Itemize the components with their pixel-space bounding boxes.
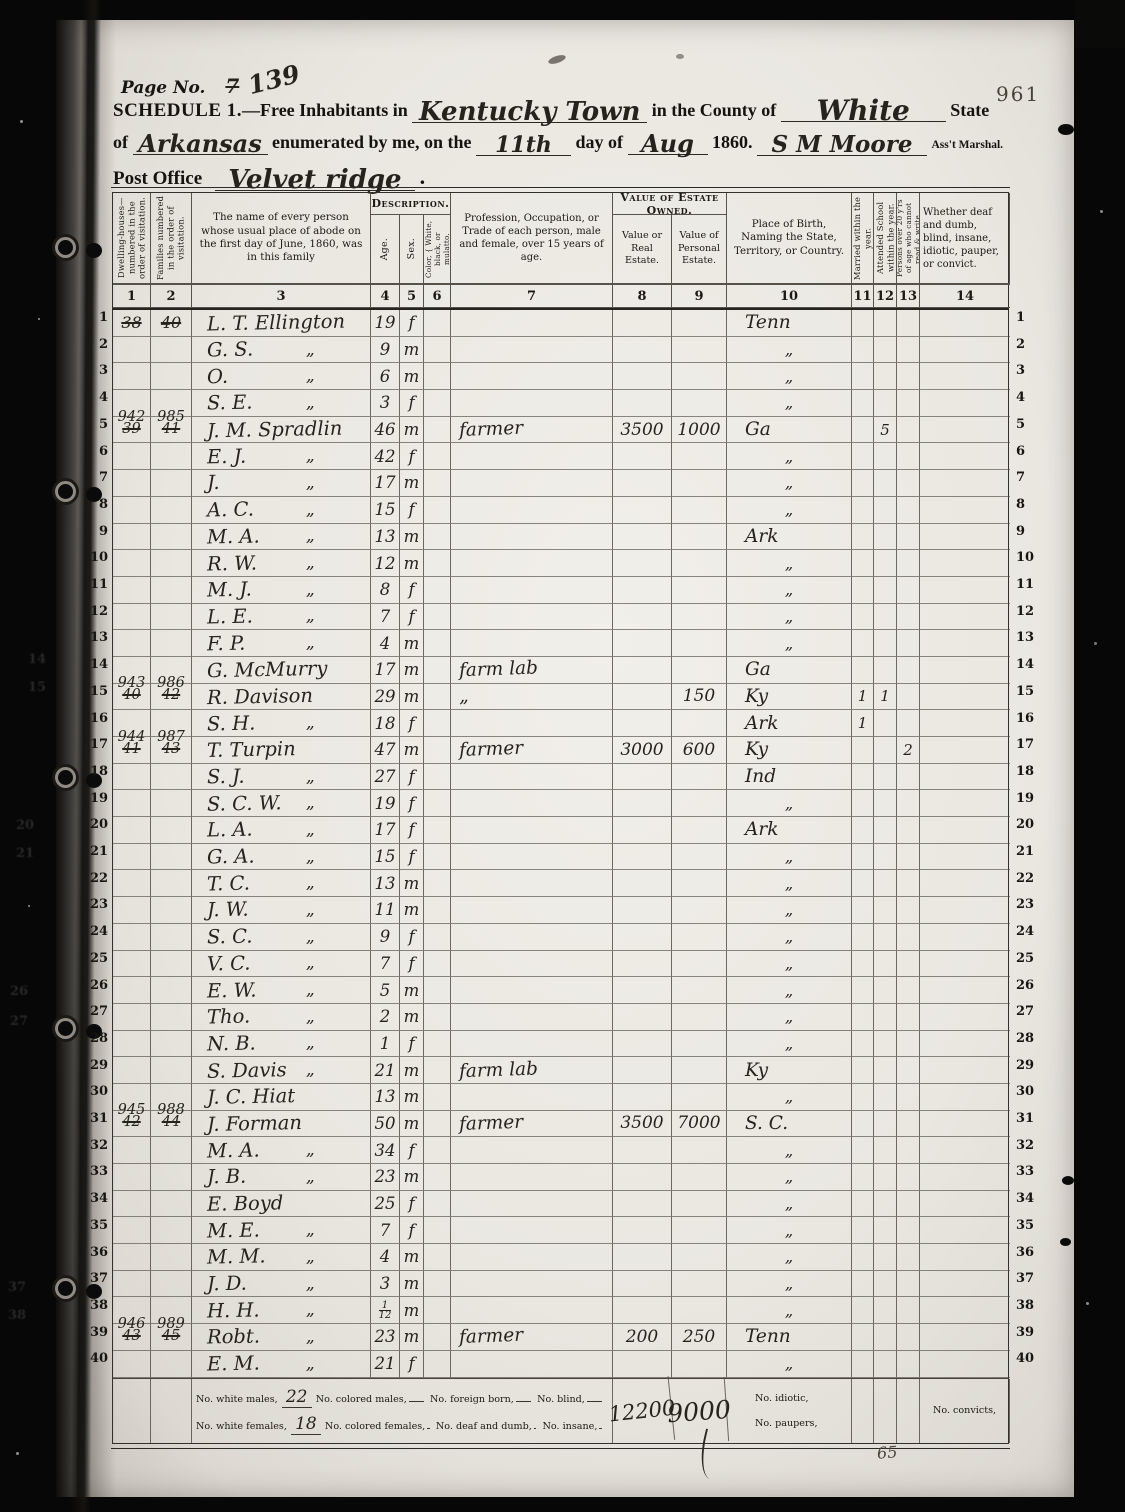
white-males-count: 22: [282, 1387, 312, 1408]
cell-age: 9: [371, 337, 400, 364]
cell-color: [424, 951, 451, 978]
ink-speck: [676, 54, 684, 59]
cell-married-within-year: [852, 977, 874, 1004]
column-number: 7: [451, 284, 613, 308]
cell-attended-school: [874, 657, 897, 684]
cell-color: [424, 1057, 451, 1084]
cell-color: [424, 1137, 451, 1164]
table-header: Dwelling-houses— numbered in the order o…: [112, 192, 1009, 310]
cell-dwelling-no: [113, 951, 151, 978]
row-number-right: 5: [1016, 417, 1025, 432]
row-number-right: 34: [1016, 1191, 1034, 1206]
cell-dwelling-no: 94239: [113, 417, 151, 444]
cell-birthplace: Ark: [727, 524, 852, 551]
cell-married-within-year: 1: [852, 684, 874, 711]
cell-deaf-dumb: [920, 1191, 1010, 1218]
cell-name: M. A.„: [192, 1137, 371, 1164]
cell-real-estate: [613, 310, 672, 337]
cell-married-within-year: [852, 1271, 874, 1298]
column-number: 2: [151, 284, 192, 308]
cell-real-estate: 200: [613, 1324, 672, 1351]
cell-family-no: [151, 844, 192, 871]
cell-married-within-year: [852, 417, 874, 444]
cell-color: [424, 550, 451, 577]
cell-birthplace: Ark: [727, 817, 852, 844]
row-number-right: 11: [1016, 577, 1034, 592]
cell-deaf-dumb: [920, 1324, 1010, 1351]
cell-married-within-year: [852, 951, 874, 978]
cell-name: T. Turpin: [192, 737, 371, 764]
row-number-right: 2: [1016, 337, 1025, 352]
cell-name: J. M. Spradlin: [192, 417, 371, 444]
dust-speck: [1086, 1302, 1089, 1305]
row-number-right: 17: [1016, 737, 1034, 752]
cell-sex: m: [400, 897, 424, 924]
cell-personal-estate: [672, 977, 727, 1004]
cell-birthplace: Ky: [727, 1057, 852, 1084]
cell-birthplace: „: [727, 1351, 852, 1378]
title-text-4: of: [113, 132, 128, 152]
cell-deaf-dumb: [920, 363, 1010, 390]
cell-family-no: 40: [151, 310, 192, 337]
cell-deaf-dumb: [920, 550, 1010, 577]
cell-personal-estate: [672, 1164, 727, 1191]
cell-real-estate: [613, 710, 672, 737]
cell-name: S. H.„: [192, 710, 371, 737]
row-number-left: 6: [90, 444, 108, 459]
cell-real-estate: 3500: [613, 417, 672, 444]
row-number-right: 16: [1016, 711, 1034, 726]
cell-attended-school: [874, 1191, 897, 1218]
cell-dwelling-no: [113, 1191, 151, 1218]
cell-attended-school: [874, 310, 897, 337]
ink-blotch: [1075, 0, 1125, 48]
cell-family-no: 98945: [151, 1324, 192, 1351]
cell-color: [424, 1111, 451, 1138]
cell-occupation: [451, 363, 613, 390]
page-no-old: 7: [225, 74, 239, 98]
cell-occupation: [451, 817, 613, 844]
cell-deaf-dumb: [920, 924, 1010, 951]
cell-real-estate: [613, 951, 672, 978]
cell-age: 47: [371, 737, 400, 764]
row-number-left: 33: [90, 1164, 108, 1179]
cell-cannot-read-write: [897, 497, 920, 524]
cell-married-within-year: [852, 524, 874, 551]
cell-attended-school: [874, 1057, 897, 1084]
column-number: 13: [897, 284, 920, 308]
cell-birthplace: „: [727, 497, 852, 524]
cell-family-no: [151, 1137, 192, 1164]
ghost-row-number: 15: [28, 680, 46, 695]
cell-cannot-read-write: [897, 1057, 920, 1084]
cell-deaf-dumb: [920, 1244, 1010, 1271]
cell-real-estate: [613, 870, 672, 897]
cell-occupation: [451, 870, 613, 897]
cell-name: J. B.„: [192, 1164, 371, 1191]
cell-cannot-read-write: [897, 1191, 920, 1218]
cell-sex: m: [400, 524, 424, 551]
cell-married-within-year: [852, 1244, 874, 1271]
cell-sex: f: [400, 577, 424, 604]
cell-birthplace: S. C.: [727, 1111, 852, 1138]
cell-sex: m: [400, 1297, 424, 1324]
cell-sex: m: [400, 684, 424, 711]
cell-sex: f: [400, 1351, 424, 1378]
row-number-right: 21: [1016, 844, 1034, 859]
cell-occupation: [451, 577, 613, 604]
cell-occupation: [451, 977, 613, 1004]
cell-sex: m: [400, 363, 424, 390]
census-table: Dwelling-houses— numbered in the order o…: [112, 192, 1009, 1444]
cell-sex: m: [400, 1084, 424, 1111]
cell-birthplace: „: [727, 844, 852, 871]
row-number-left: 17: [90, 737, 108, 752]
cell-deaf-dumb: [920, 577, 1010, 604]
cell-age: 34: [371, 1137, 400, 1164]
cell-age: 19: [371, 790, 400, 817]
cell-real-estate: [613, 1217, 672, 1244]
cell-sex: m: [400, 1244, 424, 1271]
cell-age: 46: [371, 417, 400, 444]
cell-age: 25: [371, 1191, 400, 1218]
cell-married-within-year: [852, 1111, 874, 1138]
row-number-left: 8: [90, 497, 108, 512]
cell-attended-school: [874, 951, 897, 978]
row-number-right: 25: [1016, 951, 1034, 966]
cell-family-no: [151, 870, 192, 897]
cell-birthplace: „: [727, 1244, 852, 1271]
row-number-left: 9: [90, 524, 108, 539]
row-number-right: 20: [1016, 817, 1034, 832]
row-number-left: 34: [90, 1191, 108, 1206]
cell-age: 50: [371, 1111, 400, 1138]
cell-age: 4: [371, 1244, 400, 1271]
cell-dwelling-no: [113, 497, 151, 524]
foreign-born-label: No. foreign born,: [430, 1394, 514, 1405]
title-year: 1860.: [712, 132, 753, 152]
row-number-left: 7: [90, 470, 108, 485]
binder-hole: [86, 1284, 102, 1299]
ghost-row-number: 20: [16, 818, 34, 833]
cell-color: [424, 310, 451, 337]
cell-personal-estate: 7000: [672, 1111, 727, 1138]
row-number-right: 7: [1016, 470, 1025, 485]
cell-name: J. D.„: [192, 1271, 371, 1298]
cell-personal-estate: [672, 1057, 727, 1084]
row-number-right: 28: [1016, 1031, 1034, 1046]
column-number: 9: [672, 284, 727, 308]
cell-deaf-dumb: [920, 443, 1010, 470]
cell-age: 29: [371, 684, 400, 711]
cell-occupation: farmer: [451, 737, 613, 764]
cell-color: [424, 844, 451, 871]
cell-cannot-read-write: [897, 870, 920, 897]
column-number: 6: [424, 284, 451, 308]
cell-age: 15: [371, 497, 400, 524]
cell-family-no: [151, 497, 192, 524]
cell-occupation: [451, 310, 613, 337]
cell-color: [424, 390, 451, 417]
cell-sex: m: [400, 870, 424, 897]
cell-personal-estate: [672, 844, 727, 871]
cell-deaf-dumb: [920, 630, 1010, 657]
cell-cannot-read-write: [897, 1111, 920, 1138]
row-number-right: 38: [1016, 1298, 1034, 1313]
row-number-right: 4: [1016, 390, 1025, 405]
cell-sex: m: [400, 977, 424, 1004]
cell-color: [424, 443, 451, 470]
cell-deaf-dumb: [920, 844, 1010, 871]
row-number-left: 39: [90, 1325, 108, 1340]
cell-attended-school: [874, 1031, 897, 1058]
cell-attended-school: [874, 1164, 897, 1191]
cell-sex: m: [400, 550, 424, 577]
cell-age: 42: [371, 443, 400, 470]
cell-sex: m: [400, 1004, 424, 1031]
cell-name: R. Davison: [192, 684, 371, 711]
cell-family-no: [151, 1057, 192, 1084]
col-header-school: Attended School within the year.: [875, 193, 896, 283]
cell-cannot-read-write: [897, 924, 920, 951]
cell-birthplace: Ark: [727, 710, 852, 737]
cell-attended-school: [874, 844, 897, 871]
cell-occupation: [451, 1351, 613, 1378]
cell-name: L. A.„: [192, 817, 371, 844]
cell-occupation: [451, 951, 613, 978]
cell-real-estate: [613, 1271, 672, 1298]
cell-occupation: farmer: [451, 417, 613, 444]
cell-name: M. M.„: [192, 1244, 371, 1271]
cell-sex: f: [400, 1137, 424, 1164]
cell-personal-estate: [672, 1084, 727, 1111]
schedule-title-line: SCHEDULE 1.—Free Inhabitants in Kentucky…: [113, 100, 1018, 123]
column-number: 3: [192, 284, 371, 308]
cell-name: E. M.„: [192, 1351, 371, 1378]
column-number: 14: [920, 284, 1010, 308]
cell-personal-estate: [672, 1217, 727, 1244]
cell-dwelling-no: [113, 577, 151, 604]
row-number-right: 37: [1016, 1271, 1034, 1286]
insane-label: No. insane,: [542, 1421, 597, 1432]
cell-dwelling-no: [113, 1271, 151, 1298]
row-number-right: 27: [1016, 1004, 1034, 1019]
cell-family-no: [151, 924, 192, 951]
cell-married-within-year: [852, 897, 874, 924]
cell-deaf-dumb: [920, 1084, 1010, 1111]
cell-age: 13: [371, 870, 400, 897]
row-number-right: 6: [1016, 444, 1025, 459]
cell-color: [424, 1351, 451, 1378]
cell-birthplace: „: [727, 630, 852, 657]
cell-real-estate: [613, 1031, 672, 1058]
cell-married-within-year: [852, 470, 874, 497]
cell-age: 13: [371, 524, 400, 551]
cell-occupation: [451, 470, 613, 497]
col-header-color: Color, { White, black, or mulatto.: [424, 215, 451, 283]
cell-deaf-dumb: [920, 604, 1010, 631]
cell-deaf-dumb: [920, 951, 1010, 978]
row-number-right: 15: [1016, 684, 1034, 699]
cell-occupation: [451, 630, 613, 657]
cell-married-within-year: [852, 1084, 874, 1111]
cell-dwelling-no: [113, 470, 151, 497]
cell-birthplace: Ind: [727, 764, 852, 791]
cell-deaf-dumb: [920, 310, 1010, 337]
cell-age: 27: [371, 764, 400, 791]
cell-color: [424, 1191, 451, 1218]
cell-cannot-read-write: [897, 470, 920, 497]
cell-birthplace: „: [727, 1271, 852, 1298]
dust-speck: [38, 318, 40, 320]
cell-sex: f: [400, 817, 424, 844]
white-females-label: No. white females,: [196, 1421, 287, 1432]
cell-real-estate: [613, 577, 672, 604]
cell-occupation: [451, 1297, 613, 1324]
cell-name: M. E.„: [192, 1217, 371, 1244]
cell-color: [424, 817, 451, 844]
cell-deaf-dumb: [920, 657, 1010, 684]
cell-real-estate: [613, 1164, 672, 1191]
page-no-caption: Page No.: [121, 78, 205, 98]
row-number-left: 19: [90, 791, 108, 806]
cell-dwelling-no: 94643: [113, 1324, 151, 1351]
group-header-description: Description.: [372, 197, 450, 210]
cell-married-within-year: [852, 550, 874, 577]
cell-name: A. C.„: [192, 497, 371, 524]
cell-married-within-year: [852, 844, 874, 871]
cell-age: 17: [371, 817, 400, 844]
cell-deaf-dumb: [920, 1057, 1010, 1084]
row-number-left: 2: [90, 337, 108, 352]
cell-sex: f: [400, 497, 424, 524]
cell-dwelling-no: [113, 764, 151, 791]
cell-family-no: [151, 1191, 192, 1218]
cell-name: J. W.„: [192, 897, 371, 924]
cell-real-estate: [613, 684, 672, 711]
cell-occupation: farm lab: [451, 1057, 613, 1084]
row-number-right: 22: [1016, 871, 1034, 886]
title-text-6: day of: [575, 132, 623, 152]
row-number-right: 24: [1016, 924, 1034, 939]
cell-color: [424, 1324, 451, 1351]
white-females-count: 18: [291, 1414, 321, 1435]
cell-sex: m: [400, 1324, 424, 1351]
row-number-right: 32: [1016, 1138, 1034, 1153]
cell-birthplace: „: [727, 577, 852, 604]
binder-hole: [86, 243, 102, 258]
cell-personal-estate: [672, 951, 727, 978]
cell-cannot-read-write: [897, 1271, 920, 1298]
cell-real-estate: [613, 764, 672, 791]
cell-deaf-dumb: [920, 1297, 1010, 1324]
cell-family-no: [151, 470, 192, 497]
cell-age: 3: [371, 1271, 400, 1298]
cell-married-within-year: [852, 1057, 874, 1084]
cell-birthplace: „: [727, 1084, 852, 1111]
cell-occupation: [451, 497, 613, 524]
cell-cannot-read-write: [897, 1137, 920, 1164]
cell-sex: f: [400, 443, 424, 470]
cell-personal-estate: [672, 1271, 727, 1298]
column-number: 4: [371, 284, 400, 308]
cell-family-no: [151, 550, 192, 577]
cell-birthplace: „: [727, 1164, 852, 1191]
cell-birthplace: „: [727, 790, 852, 817]
binder-hole: [58, 1021, 73, 1036]
cell-birthplace: „: [727, 977, 852, 1004]
cell-married-within-year: [852, 790, 874, 817]
cell-color: [424, 790, 451, 817]
cell-deaf-dumb: [920, 337, 1010, 364]
cell-age: 23: [371, 1164, 400, 1191]
cell-personal-estate: [672, 1137, 727, 1164]
cell-dwelling-no: [113, 443, 151, 470]
cell-name: G. McMurry: [192, 657, 371, 684]
cell-dwelling-no: [113, 790, 151, 817]
cell-married-within-year: [852, 924, 874, 951]
cell-cannot-read-write: [897, 417, 920, 444]
cell-name: E. J.„: [192, 443, 371, 470]
row-number-right: 36: [1016, 1245, 1034, 1260]
cell-name: E. Boyd: [192, 1191, 371, 1218]
town-field: Kentucky Town: [412, 102, 647, 123]
col-header-birthplace: Place of Birth, Naming the State, Territ…: [727, 217, 851, 259]
cell-personal-estate: [672, 710, 727, 737]
col-header-dwelling: Dwelling-houses— numbered in the order o…: [116, 193, 147, 283]
row-number-left: 15: [90, 684, 108, 699]
dust-speck: [20, 120, 23, 123]
row-number-left: 29: [90, 1058, 108, 1073]
cell-cannot-read-write: [897, 1217, 920, 1244]
row-number-left: 12: [90, 604, 108, 619]
cell-married-within-year: [852, 817, 874, 844]
cell-family-no: [151, 1217, 192, 1244]
cell-deaf-dumb: [920, 710, 1010, 737]
cell-color: [424, 1084, 451, 1111]
state-field: Arkansas: [133, 134, 268, 155]
cell-attended-school: [874, 790, 897, 817]
cell-birthplace: Tenn: [727, 1324, 852, 1351]
row-number-right: 19: [1016, 791, 1034, 806]
cell-attended-school: [874, 337, 897, 364]
row-number-left: 32: [90, 1138, 108, 1153]
cell-attended-school: [874, 524, 897, 551]
cell-dwelling-no: [113, 924, 151, 951]
cell-occupation: [451, 390, 613, 417]
cell-real-estate: [613, 657, 672, 684]
cell-attended-school: [874, 1137, 897, 1164]
cell-personal-estate: [672, 657, 727, 684]
cell-age: 23: [371, 1324, 400, 1351]
cell-birthplace: Ky: [727, 737, 852, 764]
cell-family-no: [151, 1244, 192, 1271]
cell-real-estate: [613, 924, 672, 951]
cell-color: [424, 1004, 451, 1031]
cell-attended-school: [874, 443, 897, 470]
cell-personal-estate: [672, 310, 727, 337]
cell-attended-school: [874, 577, 897, 604]
cell-occupation: [451, 1271, 613, 1298]
cell-personal-estate: [672, 1004, 727, 1031]
group-header-value-estate: Value of Estate Owned.: [613, 193, 726, 215]
cell-cannot-read-write: [897, 443, 920, 470]
month-field: Aug: [628, 134, 708, 155]
cell-age: 21: [371, 1351, 400, 1378]
cell-sex: f: [400, 310, 424, 337]
cell-occupation: [451, 1244, 613, 1271]
row-number-left: 16: [90, 711, 108, 726]
